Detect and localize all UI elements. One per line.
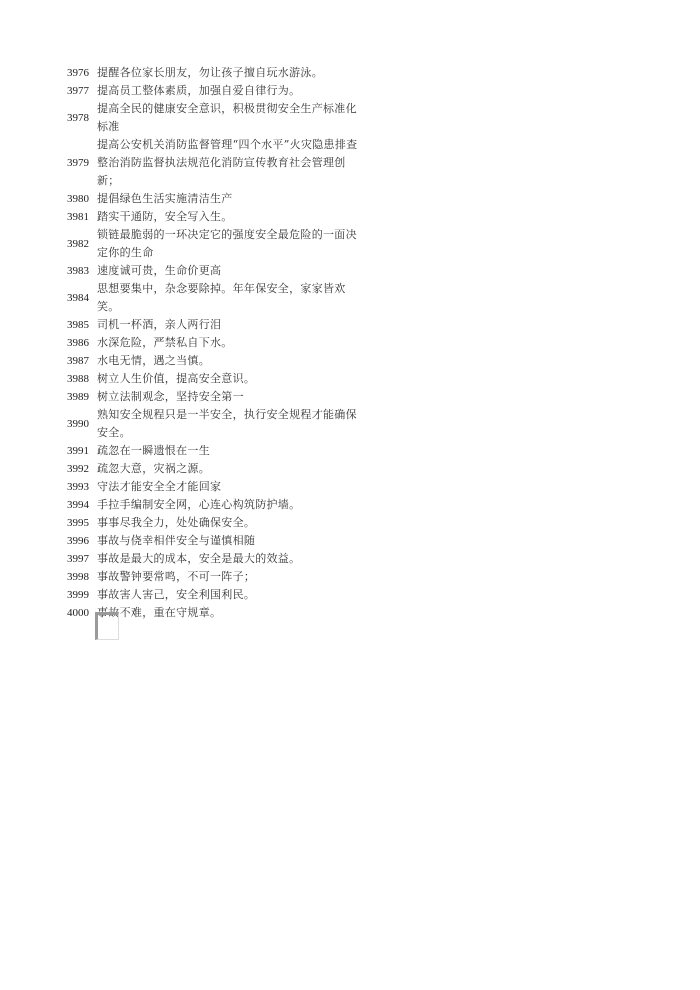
item-text: 提高员工整体素质，加强自爱自律行为。 (97, 82, 359, 100)
item-text: 提醒各位家长朋友，勿让孩子擅自玩水游泳。 (97, 64, 359, 82)
list-item: 3983速度诚可贵，生命价更高 (67, 262, 367, 280)
list-item: 3990熟知安全规程只是一半安全，执行安全规程才能确保安全。 (67, 406, 367, 442)
item-number: 3991 (67, 445, 97, 457)
list-item: 3998事故警钟要常鸣，不可一阵子； (67, 568, 367, 586)
item-text: 水电无情，遇之当慎。 (97, 352, 359, 370)
list-item: 3994手拉手编制安全网，心连心构筑防护墙。 (67, 496, 367, 514)
list-item: 3985司机一杯酒，亲人两行泪 (67, 316, 367, 334)
list-item: 3993守法才能安全全才能回家 (67, 478, 367, 496)
list-item: 3996事故与侥幸相伴安全与谨慎相随 (67, 532, 367, 550)
item-number: 3983 (67, 265, 97, 277)
list-item: 3991疏忽在一瞬遗恨在一生 (67, 442, 367, 460)
slogan-list: 3976提醒各位家长朋友，勿让孩子擅自玩水游泳。 3977提高员工整体素质，加强… (67, 64, 367, 622)
item-text: 事故与侥幸相伴安全与谨慎相随 (97, 532, 359, 550)
item-text: 事故害人害己，安全利国利民。 (97, 586, 359, 604)
list-item: 3997事故是最大的成本，安全是最大的效益。 (67, 550, 367, 568)
list-item: 3977提高员工整体素质，加强自爱自律行为。 (67, 82, 367, 100)
item-number: 3987 (67, 355, 97, 367)
item-text: 思想要集中，杂念要除掉。年年保安全，家家皆欢笑。 (97, 280, 359, 316)
item-number: 3978 (67, 112, 97, 124)
item-number: 3992 (67, 463, 97, 475)
item-text: 踏实干通防，安全写入生。 (97, 208, 359, 226)
list-item: 3988树立人生价值，提高安全意识。 (67, 370, 367, 388)
list-item: 3989树立法制观念，坚持安全第一 (67, 388, 367, 406)
item-text: 提高公安机关消防监督管理“四个水平”火灾隐患排查整治消防监督执法规范化消防宣传教… (97, 136, 359, 190)
item-number: 3979 (67, 157, 97, 169)
item-text: 事故警钟要常鸣，不可一阵子； (97, 568, 359, 586)
item-number: 3989 (67, 391, 97, 403)
empty-frame-box (95, 612, 119, 640)
item-text: 熟知安全规程只是一半安全，执行安全规程才能确保安全。 (97, 406, 359, 442)
list-item: 3995事事尽我全力，处处确保安全。 (67, 514, 367, 532)
item-text: 事故是最大的成本，安全是最大的效益。 (97, 550, 359, 568)
item-number: 3976 (67, 67, 97, 79)
item-number: 3982 (67, 238, 97, 250)
list-item: 3976提醒各位家长朋友，勿让孩子擅自玩水游泳。 (67, 64, 367, 82)
item-text: 速度诚可贵，生命价更高 (97, 262, 359, 280)
list-item: 3992疏忽大意，灾祸之源。 (67, 460, 367, 478)
list-item: 3981踏实干通防，安全写入生。 (67, 208, 367, 226)
item-number: 3981 (67, 211, 97, 223)
item-text: 水深危险，严禁私自下水。 (97, 334, 359, 352)
item-text: 手拉手编制安全网，心连心构筑防护墙。 (97, 496, 359, 514)
list-item: 3980提倡绿色生活实施清洁生产 (67, 190, 367, 208)
item-number: 3984 (67, 292, 97, 304)
item-number: 3999 (67, 589, 97, 601)
item-number: 4000 (67, 607, 97, 619)
item-number: 3998 (67, 571, 97, 583)
item-number: 3988 (67, 373, 97, 385)
item-text: 提倡绿色生活实施清洁生产 (97, 190, 359, 208)
item-number: 3995 (67, 517, 97, 529)
list-item: 3999事故害人害己，安全利国利民。 (67, 586, 367, 604)
item-text: 树立法制观念，坚持安全第一 (97, 388, 359, 406)
item-text: 事事尽我全力，处处确保安全。 (97, 514, 359, 532)
item-number: 3985 (67, 319, 97, 331)
item-number: 3997 (67, 553, 97, 565)
list-item: 3986水深危险，严禁私自下水。 (67, 334, 367, 352)
list-item: 3978提高全民的健康安全意识，积极贯彻安全生产标准化标准 (67, 100, 367, 136)
item-number: 3986 (67, 337, 97, 349)
item-text: 疏忽在一瞬遗恨在一生 (97, 442, 359, 460)
item-text: 锁链最脆弱的一环决定它的强度安全最危险的一面决定你的生命 (97, 226, 359, 262)
item-number: 3993 (67, 481, 97, 493)
list-item: 3979提高公安机关消防监督管理“四个水平”火灾隐患排查整治消防监督执法规范化消… (67, 136, 367, 190)
item-text: 提高全民的健康安全意识，积极贯彻安全生产标准化标准 (97, 100, 359, 136)
item-text: 树立人生价值，提高安全意识。 (97, 370, 359, 388)
list-item: 3984思想要集中，杂念要除掉。年年保安全，家家皆欢笑。 (67, 280, 367, 316)
item-number: 3977 (67, 85, 97, 97)
item-text: 事故不难，重在守规章。 (97, 604, 359, 622)
item-number: 3996 (67, 535, 97, 547)
item-number: 3990 (67, 418, 97, 430)
item-number: 3994 (67, 499, 97, 511)
item-text: 疏忽大意，灾祸之源。 (97, 460, 359, 478)
list-item: 3987水电无情，遇之当慎。 (67, 352, 367, 370)
item-text: 司机一杯酒，亲人两行泪 (97, 316, 359, 334)
item-number: 3980 (67, 193, 97, 205)
list-item: 3982锁链最脆弱的一环决定它的强度安全最危险的一面决定你的生命 (67, 226, 367, 262)
item-text: 守法才能安全全才能回家 (97, 478, 359, 496)
